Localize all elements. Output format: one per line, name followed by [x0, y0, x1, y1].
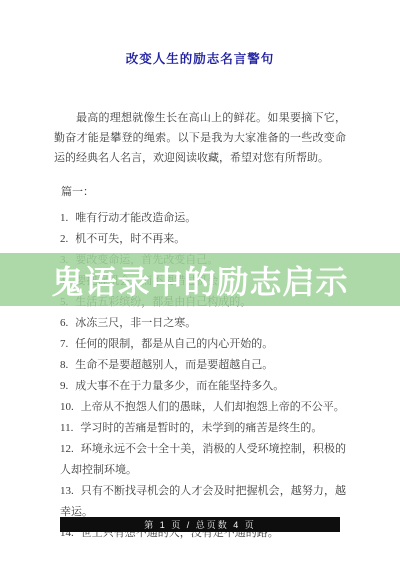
section-label: 篇一： [54, 185, 346, 199]
quote-text: 生命不是要超越别人，而是要超越自己。 [75, 359, 273, 371]
quote-number: 1. [60, 212, 68, 224]
quote-number: 8. [60, 359, 68, 371]
quote-text: 机不可失，时不再来。 [75, 233, 185, 245]
document-page: 改变人生的励志名言警句 最高的理想就像生长在高山上的鲜花。如果要摘下它，勤奋才能… [0, 0, 400, 565]
quote-number: 10. [60, 401, 74, 413]
page-title: 改变人生的励志名言警句 [0, 0, 400, 67]
quote-item: 6.冰冻三尺，非一日之寒。 [54, 313, 346, 334]
overlay-banner: 鬼语录中的励志启示 [0, 253, 400, 306]
overlay-title: 鬼语录中的励志启示 [51, 257, 348, 303]
quote-number: 7. [60, 338, 68, 350]
quote-item: 8.生命不是要超越别人，而是要超越自己。 [54, 355, 346, 376]
quote-number: 6. [60, 317, 68, 329]
quote-number: 13. [60, 485, 74, 497]
quote-text: 任何的限制，都是从自己的内心开始的。 [75, 338, 273, 350]
quote-text: 环境永远不会十全十美，消极的人受环境控制，积极的人却控制环境。 [60, 443, 346, 476]
quote-text: 学习时的苦痛是暂时的，未学到的痛苦是终生的。 [80, 422, 322, 434]
quote-text: 成大事不在于力量多少，而在能坚持多久。 [75, 380, 284, 392]
quote-text: 唯有行动才能改造命运。 [75, 212, 196, 224]
quote-text: 只有不断找寻机会的人才会及时把握机会，越努力，越幸运。 [60, 485, 346, 518]
quote-item: 12.环境永远不会十全十美，消极的人受环境控制，积极的人却控制环境。 [54, 439, 346, 481]
quote-text: 冰冻三尺，非一日之寒。 [75, 317, 196, 329]
quote-number: 12. [60, 443, 74, 455]
quote-number: 2. [60, 233, 68, 245]
intro-paragraph: 最高的理想就像生长在高山上的鲜花。如果要摘下它，勤奋才能是攀登的绳索。以下是我为… [54, 108, 346, 168]
quote-item: 11.学习时的苦痛是暂时的，未学到的痛苦是终生的。 [54, 418, 346, 439]
quote-item: 9.成大事不在于力量多少，而在能坚持多久。 [54, 376, 346, 397]
quote-item: 10.上帝从不抱怨人们的愚昧，人们却抱怨上帝的不公平。 [54, 397, 346, 418]
quote-item: 7.任何的限制，都是从自己的内心开始的。 [54, 334, 346, 355]
quote-item: 2.机不可失，时不再来。 [54, 229, 346, 250]
quote-text: 上帝从不抱怨人们的愚昧，人们却抱怨上帝的不公平。 [81, 401, 345, 413]
quote-number: 9. [60, 380, 68, 392]
quote-number: 11. [60, 422, 73, 434]
footer-pagebar: 第 1 页 / 总页数 4 页 [60, 517, 340, 532]
footer-page-info: 第 1 页 / 总页数 4 页 [144, 518, 256, 531]
quote-item: 1.唯有行动才能改造命运。 [54, 208, 346, 229]
